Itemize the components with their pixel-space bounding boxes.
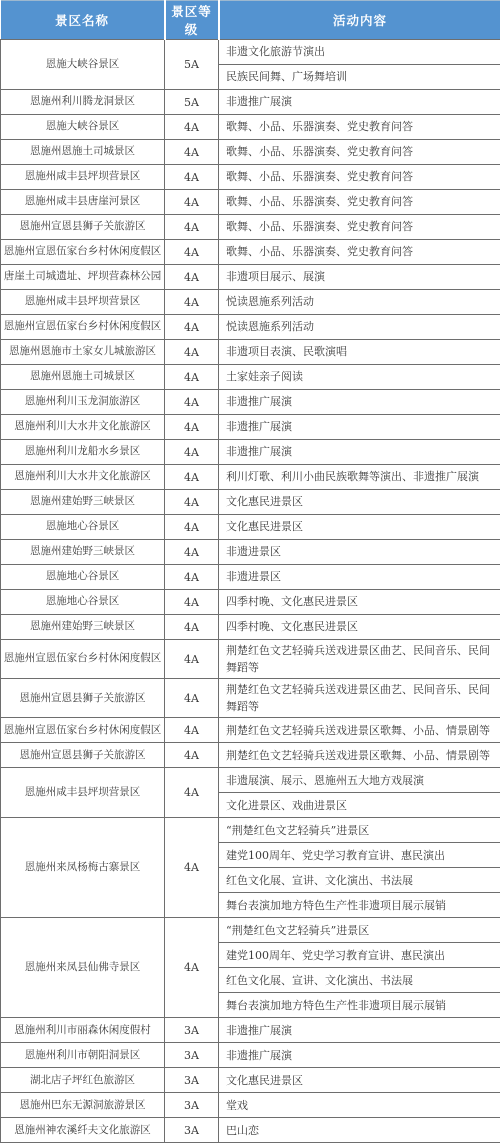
activity-content: 文化惠民进景区 — [219, 490, 500, 515]
scenic-area-grade: 4A — [165, 918, 219, 1018]
table-row: 恩施州来凤杨梅古寨景区4A“荆楚红色文艺轻骑兵”进景区 — [1, 818, 500, 843]
activity-content: 文化进景区、戏曲进景区 — [219, 793, 500, 818]
scenic-area-grade: 4A — [165, 515, 219, 540]
column-header-scenic-name: 景区名称 — [1, 1, 165, 40]
table-row: 恩施地心谷景区4A非遗进景区 — [1, 565, 500, 590]
table-body: 恩施大峡谷景区5A非遗文化旅游节演出民族民间舞、广场舞培训恩施州利川腾龙洞景区5… — [1, 40, 500, 1143]
scenic-area-name: 恩施州利川市朝阳洞景区 — [1, 1043, 165, 1068]
scenic-area-grade: 4A — [165, 390, 219, 415]
table-row: 恩施大峡谷景区5A非遗文化旅游节演出 — [1, 40, 500, 65]
scenic-area-grade: 4A — [165, 818, 219, 918]
scenic-area-grade: 4A — [165, 290, 219, 315]
scenic-area-name: 恩施州建始野三峡景区 — [1, 540, 165, 565]
table-header: 景区名称 景区等级 活动内容 — [1, 1, 500, 40]
scenic-area-grade: 4A — [165, 768, 219, 818]
column-header-grade: 景区等级 — [165, 1, 219, 40]
scenic-area-name: 恩施州宣恩伍家台乡村休闲度假区 — [1, 718, 165, 743]
activity-content: 歌舞、小品、乐器演奏、党史教育问答 — [219, 165, 500, 190]
activity-content: 荆楚红色文艺轻骑兵送戏进景区曲艺、民间音乐、民间舞蹈等 — [219, 679, 500, 718]
table-row: 恩施州宣恩县狮子关旅游区4A荆楚红色文艺轻骑兵送戏进景区歌舞、小品、情景剧等 — [1, 743, 500, 768]
activity-content: 非遗推广展演 — [219, 1018, 500, 1043]
scenic-area-grade: 4A — [165, 590, 219, 615]
scenic-area-grade: 4A — [165, 465, 219, 490]
activity-content: 歌舞、小品、乐器演奏、党史教育问答 — [219, 115, 500, 140]
activity-content: 悦读恩施系列活动 — [219, 315, 500, 340]
table-row: 恩施州神农溪纤夫文化旅游区3A巴山恋 — [1, 1118, 500, 1143]
scenic-area-name: 恩施州宣恩伍家台乡村休闲度假区 — [1, 640, 165, 679]
activity-content: 非遗推广展演 — [219, 1043, 500, 1068]
scenic-area-name: 恩施州宣恩县狮子关旅游区 — [1, 679, 165, 718]
table-row: 恩施州宣恩县狮子关旅游区4A荆楚红色文艺轻骑兵送戏进景区曲艺、民间音乐、民间舞蹈… — [1, 679, 500, 718]
table-row: 恩施州咸丰县坪坝营景区4A歌舞、小品、乐器演奏、党史教育问答 — [1, 165, 500, 190]
scenic-area-grade: 4A — [165, 440, 219, 465]
scenic-area-name: 恩施州神农溪纤夫文化旅游区 — [1, 1118, 165, 1143]
scenic-area-grade: 4A — [165, 115, 219, 140]
table-row: 恩施地心谷景区4A文化惠民进景区 — [1, 515, 500, 540]
table-row: 恩施州利川市丽森休闲度假村3A非遗推广展演 — [1, 1018, 500, 1043]
scenic-area-grade: 4A — [165, 365, 219, 390]
activity-content: 非遗进景区 — [219, 565, 500, 590]
scenic-area-name: 湖北店子坪红色旅游区 — [1, 1068, 165, 1093]
table-row: 恩施州利川大水井文化旅游区4A非遗推广展演 — [1, 415, 500, 440]
activity-content: 四季村晚、文化惠民进景区 — [219, 590, 500, 615]
activity-content: 利川灯歌、利川小曲民族歌舞等演出、非遗推广展演 — [219, 465, 500, 490]
scenic-area-name: 恩施州利川大水井文化旅游区 — [1, 465, 165, 490]
page: 景区名称 景区等级 活动内容 恩施大峡谷景区5A非遗文化旅游节演出民族民间舞、广… — [0, 0, 500, 1143]
scenic-area-name: 恩施州利川市丽森休闲度假村 — [1, 1018, 165, 1043]
activity-content: 荆楚红色文艺轻骑兵送戏进景区曲艺、民间音乐、民间舞蹈等 — [219, 640, 500, 679]
activity-content: 非遗推广展演 — [219, 90, 500, 115]
activity-content: 非遗推广展演 — [219, 440, 500, 465]
scenic-area-name: 恩施州咸丰县坪坝营景区 — [1, 290, 165, 315]
scenic-area-grade: 4A — [165, 265, 219, 290]
activity-content: 非遗推广展演 — [219, 415, 500, 440]
activity-content: “荆楚红色文艺轻骑兵”进景区 — [219, 918, 500, 943]
table-row: 恩施州咸丰县坪坝营景区4A非遗展演、展示、恩施州五大地方戏展演 — [1, 768, 500, 793]
scenic-area-grade: 4A — [165, 215, 219, 240]
scenic-area-name: 恩施地心谷景区 — [1, 515, 165, 540]
table-row: 恩施州宣恩伍家台乡村休闲度假区4A悦读恩施系列活动 — [1, 315, 500, 340]
activity-content: 文化惠民进景区 — [219, 1068, 500, 1093]
table-row: 恩施州恩施土司城景区4A歌舞、小品、乐器演奏、党史教育问答 — [1, 140, 500, 165]
scenic-area-grade: 4A — [165, 315, 219, 340]
scenic-area-grade: 3A — [165, 1068, 219, 1093]
scenic-area-name: 恩施大峡谷景区 — [1, 40, 165, 90]
scenic-area-name: 恩施州恩施土司城景区 — [1, 365, 165, 390]
table-row: 恩施州利川龙船水乡景区4A非遗推广展演 — [1, 440, 500, 465]
scenic-area-name: 恩施州宣恩伍家台乡村休闲度假区 — [1, 240, 165, 265]
scenic-area-grade: 4A — [165, 540, 219, 565]
scenic-area-name: 恩施州利川大水井文化旅游区 — [1, 415, 165, 440]
table-row: 恩施大峡谷景区4A歌舞、小品、乐器演奏、党史教育问答 — [1, 115, 500, 140]
activity-content: 荆楚红色文艺轻骑兵送戏进景区歌舞、小品、情景剧等 — [219, 718, 500, 743]
table-row: 恩施地心谷景区4A四季村晚、文化惠民进景区 — [1, 590, 500, 615]
scenic-area-grade: 4A — [165, 165, 219, 190]
scenic-area-name: 恩施地心谷景区 — [1, 565, 165, 590]
table-row: 恩施州巴东无源洞旅游景区3A堂戏 — [1, 1093, 500, 1118]
scenic-area-grade: 4A — [165, 565, 219, 590]
scenic-area-grade: 4A — [165, 743, 219, 768]
activity-content: 建党100周年、党史学习教育宣讲、惠民演出 — [219, 943, 500, 968]
activity-content: 土家娃亲子阅读 — [219, 365, 500, 390]
scenic-area-grade: 4A — [165, 718, 219, 743]
scenic-area-grade: 4A — [165, 415, 219, 440]
scenic-area-grade: 3A — [165, 1118, 219, 1143]
activity-content: 歌舞、小品、乐器演奏、党史教育问答 — [219, 215, 500, 240]
table-row: 恩施州建始野三峡景区4A非遗进景区 — [1, 540, 500, 565]
table-row: 恩施州恩施市土家女儿城旅游区4A非遗项目表演、民歌演唱 — [1, 340, 500, 365]
table-row: 恩施州利川大水井文化旅游区4A利川灯歌、利川小曲民族歌舞等演出、非遗推广展演 — [1, 465, 500, 490]
scenic-area-name: 恩施大峡谷景区 — [1, 115, 165, 140]
table-row: 恩施州利川腾龙洞景区5A非遗推广展演 — [1, 90, 500, 115]
activity-content: 悦读恩施系列活动 — [219, 290, 500, 315]
scenic-area-name: 恩施州恩施土司城景区 — [1, 140, 165, 165]
table-row: 恩施州利川玉龙洞旅游区4A非遗推广展演 — [1, 390, 500, 415]
scenic-area-name: 唐崖土司城遗址、坪坝营森林公园 — [1, 265, 165, 290]
scenic-area-activity-table: 景区名称 景区等级 活动内容 恩施大峡谷景区5A非遗文化旅游节演出民族民间舞、广… — [0, 0, 500, 1143]
activity-content: 歌舞、小品、乐器演奏、党史教育问答 — [219, 140, 500, 165]
scenic-area-name: 恩施州恩施市土家女儿城旅游区 — [1, 340, 165, 365]
activity-content: 文化惠民进景区 — [219, 515, 500, 540]
scenic-area-name: 恩施州宣恩县狮子关旅游区 — [1, 743, 165, 768]
scenic-area-name: 恩施州咸丰县坪坝营景区 — [1, 768, 165, 818]
activity-content: 非遗文化旅游节演出 — [219, 40, 500, 65]
activity-content: 建党100周年、党史学习教育宣讲、惠民演出 — [219, 843, 500, 868]
activity-content: 四季村晚、文化惠民进景区 — [219, 615, 500, 640]
activity-content: 民族民间舞、广场舞培训 — [219, 65, 500, 90]
table-row: 恩施州建始野三峡景区4A文化惠民进景区 — [1, 490, 500, 515]
table-row: 恩施州利川市朝阳洞景区3A非遗推广展演 — [1, 1043, 500, 1068]
table-row: 恩施州宣恩县狮子关旅游区4A歌舞、小品、乐器演奏、党史教育问答 — [1, 215, 500, 240]
scenic-area-name: 恩施州咸丰县坪坝营景区 — [1, 165, 165, 190]
activity-content: 歌舞、小品、乐器演奏、党史教育问答 — [219, 190, 500, 215]
scenic-area-grade: 4A — [165, 615, 219, 640]
activity-content: 舞台表演加地方特色生产性非遗项目展示展销 — [219, 993, 500, 1018]
table-row: 恩施州宣恩伍家台乡村休闲度假区4A荆楚红色文艺轻骑兵送戏进景区曲艺、民间音乐、民… — [1, 640, 500, 679]
scenic-area-grade: 4A — [165, 190, 219, 215]
activity-content: 歌舞、小品、乐器演奏、党史教育问答 — [219, 240, 500, 265]
scenic-area-name: 恩施地心谷景区 — [1, 590, 165, 615]
table-row: 恩施州宣恩伍家台乡村休闲度假区4A荆楚红色文艺轻骑兵送戏进景区歌舞、小品、情景剧… — [1, 718, 500, 743]
activity-content: 非遗推广展演 — [219, 390, 500, 415]
activity-content: 非遗展演、展示、恩施州五大地方戏展演 — [219, 768, 500, 793]
scenic-area-name: 恩施州建始野三峡景区 — [1, 615, 165, 640]
scenic-area-name: 恩施州咸丰县唐崖河景区 — [1, 190, 165, 215]
table-row: 恩施州建始野三峡景区4A四季村晚、文化惠民进景区 — [1, 615, 500, 640]
scenic-area-grade: 4A — [165, 490, 219, 515]
table-row: 唐崖土司城遗址、坪坝营森林公园4A非遗项目展示、展演 — [1, 265, 500, 290]
table-row: 恩施州宣恩伍家台乡村休闲度假区4A歌舞、小品、乐器演奏、党史教育问答 — [1, 240, 500, 265]
activity-content: 巴山恋 — [219, 1118, 500, 1143]
table-row: 恩施州来凤县仙佛寺景区4A“荆楚红色文艺轻骑兵”进景区 — [1, 918, 500, 943]
table-row: 恩施州咸丰县坪坝营景区4A悦读恩施系列活动 — [1, 290, 500, 315]
table-row: 恩施州咸丰县唐崖河景区4A歌舞、小品、乐器演奏、党史教育问答 — [1, 190, 500, 215]
scenic-area-grade: 4A — [165, 340, 219, 365]
scenic-area-name: 恩施州来凤县仙佛寺景区 — [1, 918, 165, 1018]
scenic-area-name: 恩施州宣恩县狮子关旅游区 — [1, 215, 165, 240]
scenic-area-name: 恩施州建始野三峡景区 — [1, 490, 165, 515]
scenic-area-grade: 4A — [165, 679, 219, 718]
scenic-area-name: 恩施州巴东无源洞旅游景区 — [1, 1093, 165, 1118]
table-row: 湖北店子坪红色旅游区3A文化惠民进景区 — [1, 1068, 500, 1093]
activity-content: 荆楚红色文艺轻骑兵送戏进景区歌舞、小品、情景剧等 — [219, 743, 500, 768]
scenic-area-name: 恩施州利川玉龙洞旅游区 — [1, 390, 165, 415]
scenic-area-grade: 4A — [165, 140, 219, 165]
activity-content: 红色文化展、宣讲、文化演出、书法展 — [219, 868, 500, 893]
activity-content: 堂戏 — [219, 1093, 500, 1118]
scenic-area-grade: 4A — [165, 240, 219, 265]
scenic-area-name: 恩施州利川腾龙洞景区 — [1, 90, 165, 115]
column-header-activity: 活动内容 — [219, 1, 500, 40]
scenic-area-grade: 5A — [165, 90, 219, 115]
activity-content: 舞台表演加地方特色生产性非遗项目展示展销 — [219, 893, 500, 918]
scenic-area-name: 恩施州利川龙船水乡景区 — [1, 440, 165, 465]
scenic-area-grade: 3A — [165, 1018, 219, 1043]
scenic-area-grade: 3A — [165, 1043, 219, 1068]
activity-content: “荆楚红色文艺轻骑兵”进景区 — [219, 818, 500, 843]
table-row: 恩施州恩施土司城景区4A土家娃亲子阅读 — [1, 365, 500, 390]
scenic-area-name: 恩施州宣恩伍家台乡村休闲度假区 — [1, 315, 165, 340]
scenic-area-name: 恩施州来凤杨梅古寨景区 — [1, 818, 165, 918]
activity-content: 非遗项目表演、民歌演唱 — [219, 340, 500, 365]
activity-content: 非遗进景区 — [219, 540, 500, 565]
activity-content: 非遗项目展示、展演 — [219, 265, 500, 290]
header-row: 景区名称 景区等级 活动内容 — [1, 1, 500, 40]
activity-content: 红色文化展、宣讲、文化演出、书法展 — [219, 968, 500, 993]
scenic-area-grade: 4A — [165, 640, 219, 679]
scenic-area-grade: 5A — [165, 40, 219, 90]
scenic-area-grade: 3A — [165, 1093, 219, 1118]
